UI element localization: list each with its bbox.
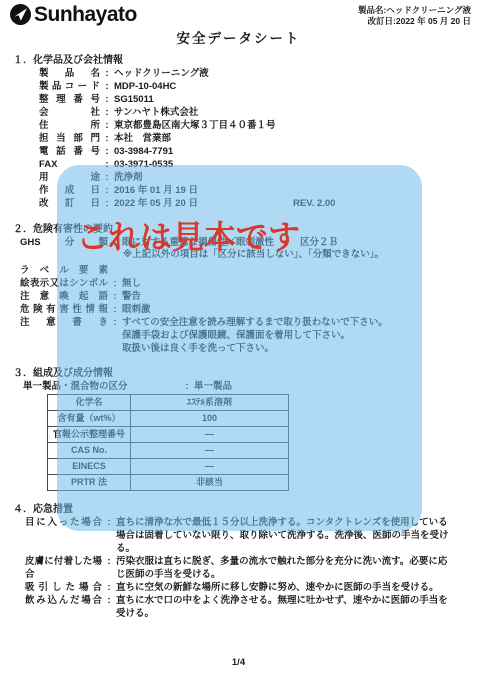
- field-label: 危険有害性情報: [20, 303, 108, 316]
- field-row-department: 担当部門本社 営業部: [0, 132, 477, 145]
- precaution-lines: すべての安全注意を読み理解するまで取り扱わないで下さい。 保護手袋および保護眼鏡…: [122, 316, 388, 355]
- section4-heading: ４．応急措置: [0, 503, 477, 516]
- label-separator: [108, 277, 122, 290]
- page-number: 1/4: [0, 657, 477, 668]
- field-label: 注意書き: [20, 316, 108, 355]
- field-row-hazard-statement: 危険有害性情報眼刺激: [0, 303, 477, 316]
- field-row-reference-number: 整理番号SG15011: [0, 93, 477, 106]
- field-value: 無し: [122, 277, 141, 290]
- section-composition: ３．組成及び成分情報 単一製品・混合物の区分単一製品 化学名ｴｽﾃﾙ系溶剤 含有…: [0, 367, 477, 491]
- field-value: 03-3971-0535: [114, 158, 173, 171]
- field-label: 製品コード: [39, 80, 100, 93]
- field-label: 単一製品・混合物の区分: [23, 380, 180, 393]
- field-row-ingestion: 飲み込んだ場合直ちに水で口の中をよく洗浄させる。無理に吐かせず、速やかに医師の手…: [0, 594, 477, 620]
- field-row-mixture-classification: 単一製品・混合物の区分単一製品: [0, 380, 477, 393]
- table-row: 含有量（wt%）100: [48, 410, 289, 426]
- label-separator: [102, 516, 116, 555]
- field-label: FAX: [39, 158, 100, 171]
- label-separator: [102, 594, 116, 620]
- field-value: 警告: [122, 290, 141, 303]
- label-separator: [100, 184, 114, 197]
- field-label: 作成日: [39, 184, 100, 197]
- table-row: EINECS―: [48, 458, 289, 474]
- table-header-cell: 化学名: [48, 394, 131, 410]
- field-value: 東京都豊島区南大塚３丁目４０番１号: [114, 119, 276, 132]
- field-label: 飲み込んだ場合: [25, 594, 102, 620]
- sunhayato-logo-icon: [10, 4, 31, 25]
- field-value: 洗浄剤: [114, 171, 143, 184]
- field-row-revised-date: 改訂日2022 年 05 月 20 日REV. 2.00: [0, 197, 477, 210]
- field-label: GHS分類: [20, 236, 108, 249]
- section-hazard-summary: ２．危険有害性の要約 GHS分類眼に対する重篤な損傷性／眼刺激性区分２Ｂ ※上記…: [0, 223, 477, 355]
- field-label: 電話番号: [39, 145, 100, 158]
- field-row-address: 住所東京都豊島区南大塚３丁目４０番１号: [0, 119, 477, 132]
- field-row-phone: 電話番号03-3984-7791: [0, 145, 477, 158]
- label-separator: [108, 316, 122, 355]
- field-row-fax: FAX03-3971-0535: [0, 158, 477, 171]
- label-separator: [180, 380, 194, 393]
- label-separator: [100, 106, 114, 119]
- field-row-eye-contact: 目に入った場合直ちに清浄な水で最低１５分以上洗浄する。コンタクトレンズを使用して…: [0, 516, 477, 555]
- field-value: 汚染衣服は直ちに脱ぎ、多量の流水で触れた部分を充分に洗い流す。必要に応じ医師の手…: [116, 555, 454, 581]
- field-label: 注意喚起語: [20, 290, 108, 303]
- sunhayato-logo: Sunhayato: [10, 4, 137, 25]
- section1-heading: １．化学品及び会社情報: [0, 54, 477, 67]
- field-row-signal-word: 注意喚起語警告: [0, 290, 477, 303]
- table-value-cell: ｴｽﾃﾙ系溶剤: [131, 394, 289, 410]
- label-separator: [102, 581, 116, 594]
- field-label: 製品名: [39, 67, 100, 80]
- table-row: 化学名ｴｽﾃﾙ系溶剤: [48, 394, 289, 410]
- label-separator: [100, 158, 114, 171]
- field-value: 眼刺激: [122, 303, 151, 316]
- field-row-inhalation: 吸引した場合直ちに空気の新鮮な場所に移し安静に努め、速やかに医師の手当を受ける。: [0, 581, 477, 594]
- label-separator: [108, 290, 122, 303]
- table-value-cell: 非該当: [131, 474, 289, 490]
- field-value: 直ちに清浄な水で最低１５分以上洗浄する。コンタクトレンズを使用している場合は固着…: [116, 516, 454, 555]
- label-separator: [100, 145, 114, 158]
- field-value: SG15011: [114, 93, 154, 106]
- field-row-use: 用途洗浄剤: [0, 171, 477, 184]
- section2-heading: ２．危険有害性の要約: [0, 223, 477, 236]
- table-value-cell: 100: [131, 410, 289, 426]
- table-row: PRTR 法非該当: [48, 474, 289, 490]
- field-value: 単一製品: [194, 380, 232, 393]
- field-label: 担当部門: [39, 132, 100, 145]
- label-separator: [108, 236, 122, 249]
- header-revision-date: 改訂日:2022 年 05 月 20 日: [358, 16, 471, 27]
- field-row-created-date: 作成日2016 年 01 月 19 日: [0, 184, 477, 197]
- field-label: 改訂日: [39, 197, 100, 210]
- table-value-cell: ―: [131, 442, 289, 458]
- ghs-classification-value: 眼に対する重篤な損傷性／眼刺激性: [122, 236, 274, 249]
- label-separator: [100, 132, 114, 145]
- field-label: 目に入った場合: [25, 516, 102, 555]
- label-separator: [100, 197, 114, 210]
- precaution-line: 保護手袋および保護眼鏡、保護面を着用して下さい。: [122, 329, 388, 342]
- table-row: 官報公示整理番号―: [48, 426, 289, 442]
- precaution-line: 取扱い後は良く手を洗って下さい。: [122, 342, 388, 355]
- field-label: 用途: [39, 171, 100, 184]
- table-header-cell: 官報公示整理番号: [48, 426, 131, 442]
- label-separator: [100, 171, 114, 184]
- label-separator: [100, 93, 114, 106]
- field-label: 会社: [39, 106, 100, 119]
- field-row-ghs-classification: GHS分類眼に対する重篤な損傷性／眼刺激性区分２Ｂ: [0, 236, 477, 249]
- field-label: 整理番号: [39, 93, 100, 106]
- table-value-cell: ―: [131, 426, 289, 442]
- field-value: 2022 年 05 月 20 日: [114, 197, 198, 210]
- ghs-note: ※上記以外の項目は「区分に該当しない」、「分類できない」。: [0, 249, 477, 262]
- logo-wordmark: Sunhayato: [34, 4, 137, 25]
- field-row-product-name: 製品名ヘッドクリーニング液: [0, 67, 477, 80]
- field-label: 住所: [39, 119, 100, 132]
- label-elements-subheading: ラベル要素: [0, 264, 477, 277]
- label-separator: [100, 67, 114, 80]
- label-separator: [108, 303, 122, 316]
- table-row: CAS No.―: [48, 442, 289, 458]
- field-value: MDP-10-04HC: [114, 80, 176, 93]
- subheading-text: ラベル要素: [20, 264, 108, 277]
- page-title: 安全データシート: [0, 30, 477, 47]
- table-header-cell: EINECS: [48, 458, 131, 474]
- composition-table: 化学名ｴｽﾃﾙ系溶剤 含有量（wt%）100 官報公示整理番号― CAS No.…: [47, 394, 289, 491]
- sds-document-page: Sunhayato 製品名:ヘッドクリーニング液 改訂日:2022 年 05 月…: [0, 0, 477, 700]
- precaution-line: すべての安全注意を読み理解するまで取り扱わないで下さい。: [122, 316, 388, 329]
- document-header: Sunhayato 製品名:ヘッドクリーニング液 改訂日:2022 年 05 月…: [0, 0, 477, 28]
- table-value-cell: ―: [131, 458, 289, 474]
- section-company-info: １．化学品及び会社情報 製品名ヘッドクリーニング液 製品コードMDP-10-04…: [0, 54, 477, 210]
- header-meta: 製品名:ヘッドクリーニング液 改訂日:2022 年 05 月 20 日: [358, 4, 471, 27]
- ghs-category: 区分２Ｂ: [300, 236, 338, 249]
- field-label: 皮膚に付着した場合: [25, 555, 102, 581]
- table-header-cell: PRTR 法: [48, 474, 131, 490]
- field-value: 直ちに空気の新鮮な場所に移し安静に努め、速やかに医師の手当を受ける。: [116, 581, 454, 594]
- section-first-aid: ４．応急措置 目に入った場合直ちに清浄な水で最低１５分以上洗浄する。コンタクトレ…: [0, 503, 477, 620]
- field-label: 絵表示又はシンボル: [20, 277, 108, 290]
- field-row-pictogram: 絵表示又はシンボル無し: [0, 277, 477, 290]
- field-row-product-code: 製品コードMDP-10-04HC: [0, 80, 477, 93]
- field-row-skin-contact: 皮膚に付着した場合汚染衣服は直ちに脱ぎ、多量の流水で触れた部分を充分に洗い流す。…: [0, 555, 477, 581]
- label-separator: [102, 555, 116, 581]
- field-value: 2016 年 01 月 19 日: [114, 184, 198, 197]
- label-separator: [100, 119, 114, 132]
- field-row-company: 会社サンハヤト株式会社: [0, 106, 477, 119]
- field-value: サンハヤト株式会社: [114, 106, 198, 119]
- field-row-precautionary-statements: 注意書き すべての安全注意を読み理解するまで取り扱わないで下さい。 保護手袋およ…: [0, 316, 477, 355]
- header-product-name: 製品名:ヘッドクリーニング液: [358, 5, 471, 16]
- field-value: 03-3984-7791: [114, 145, 173, 158]
- table-header-cell: CAS No.: [48, 442, 131, 458]
- field-value: ヘッドクリーニング液: [114, 67, 209, 80]
- revision-number: REV. 2.00: [293, 197, 335, 210]
- field-value: 本社 営業部: [114, 132, 171, 145]
- table-header-cell: 含有量（wt%）: [48, 410, 131, 426]
- label-separator: [100, 80, 114, 93]
- section3-heading: ３．組成及び成分情報: [0, 367, 477, 380]
- field-label: 吸引した場合: [25, 581, 102, 594]
- field-value: 直ちに水で口の中をよく洗浄させる。無理に吐かせず、速やかに医師の手当を受ける。: [116, 594, 454, 620]
